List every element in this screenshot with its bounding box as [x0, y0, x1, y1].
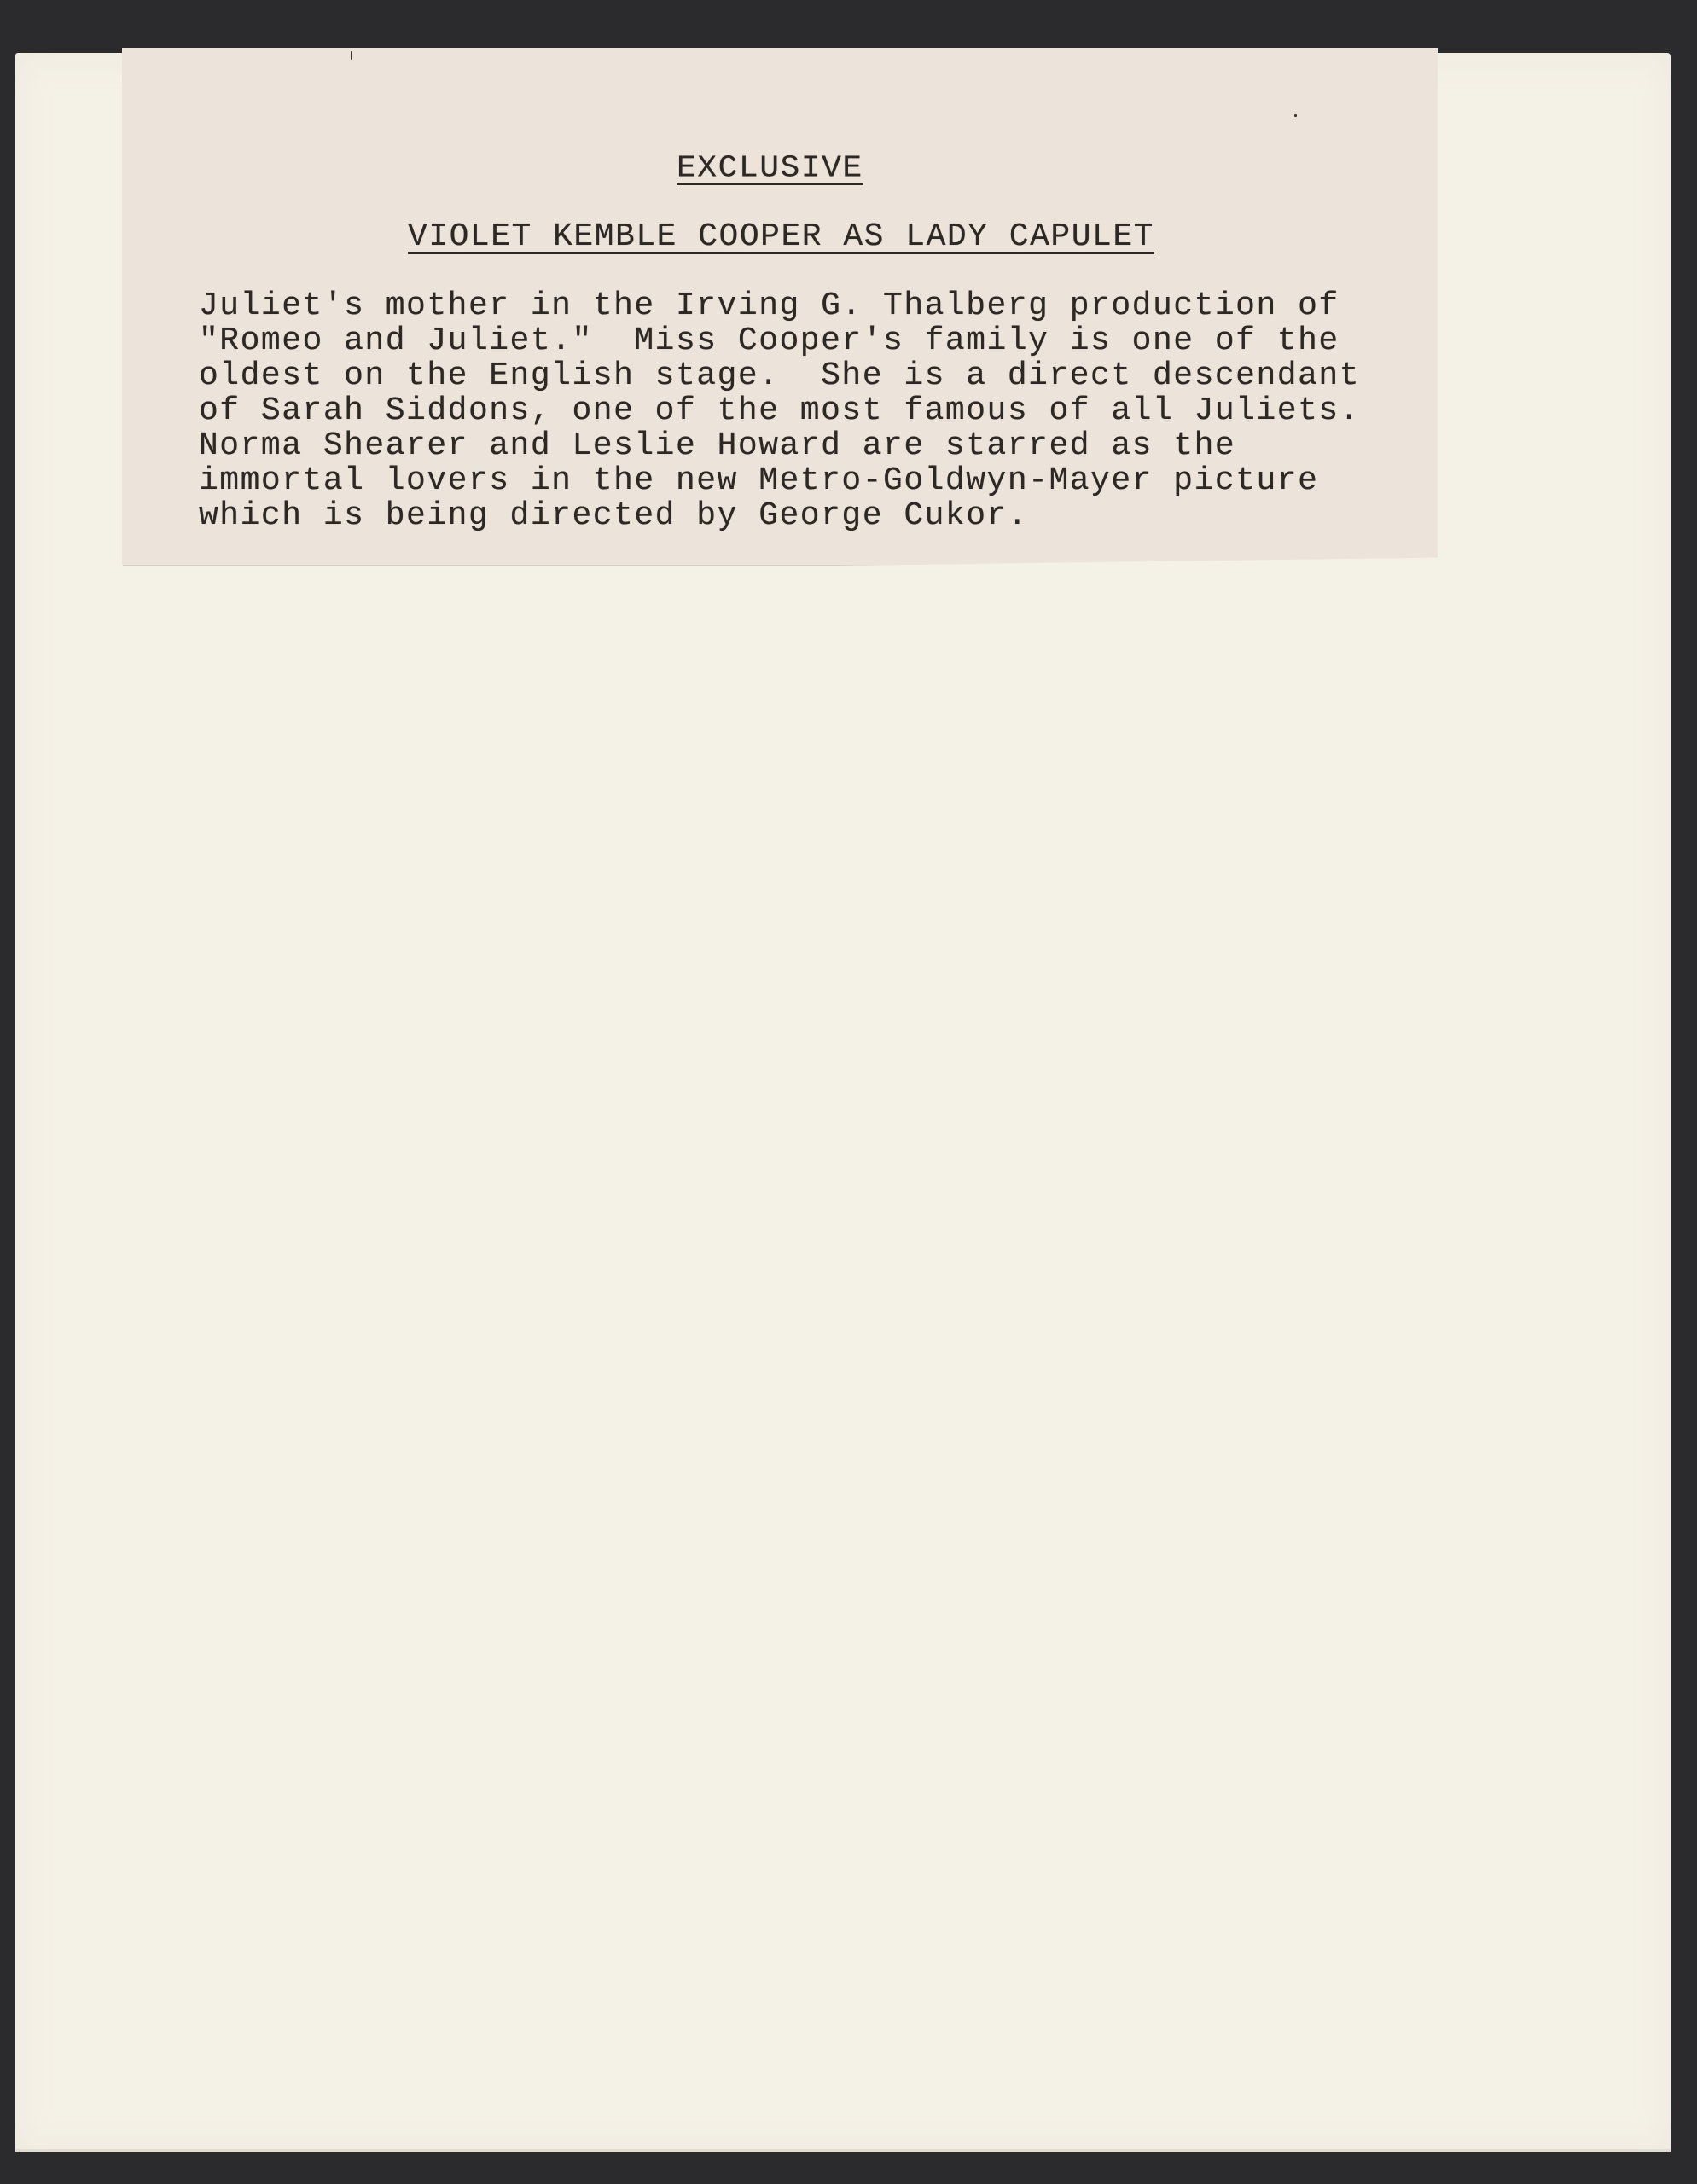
caption-line: which is being directed by George Cukor. — [199, 498, 1360, 533]
caption-line: Juliet's mother in the Irving G. Thalber… — [199, 288, 1360, 323]
caption-line: "Romeo and Juliet." Miss Cooper's family… — [199, 323, 1360, 358]
ink-speck — [1294, 114, 1297, 117]
caption-body: Juliet's mother in the Irving G. Thalber… — [199, 288, 1360, 533]
caption-title: VIOLET KEMBLE COOPER AS LADY CAPULET — [408, 219, 1154, 254]
caption-line: Norma Shearer and Leslie Howard are star… — [199, 428, 1360, 463]
ink-speck — [351, 51, 352, 60]
paper-bottom-edge — [15, 2149, 1671, 2152]
caption-line: oldest on the English stage. She is a di… — [199, 358, 1360, 393]
exclusive-label: EXCLUSIVE — [677, 152, 863, 185]
caption-line: immortal lovers in the new Metro-Goldwyn… — [199, 463, 1360, 498]
caption-line: of Sarah Siddons, one of the most famous… — [199, 393, 1360, 428]
caption-clipping: EXCLUSIVE VIOLET KEMBLE COOPER AS LADY C… — [122, 48, 1438, 565]
